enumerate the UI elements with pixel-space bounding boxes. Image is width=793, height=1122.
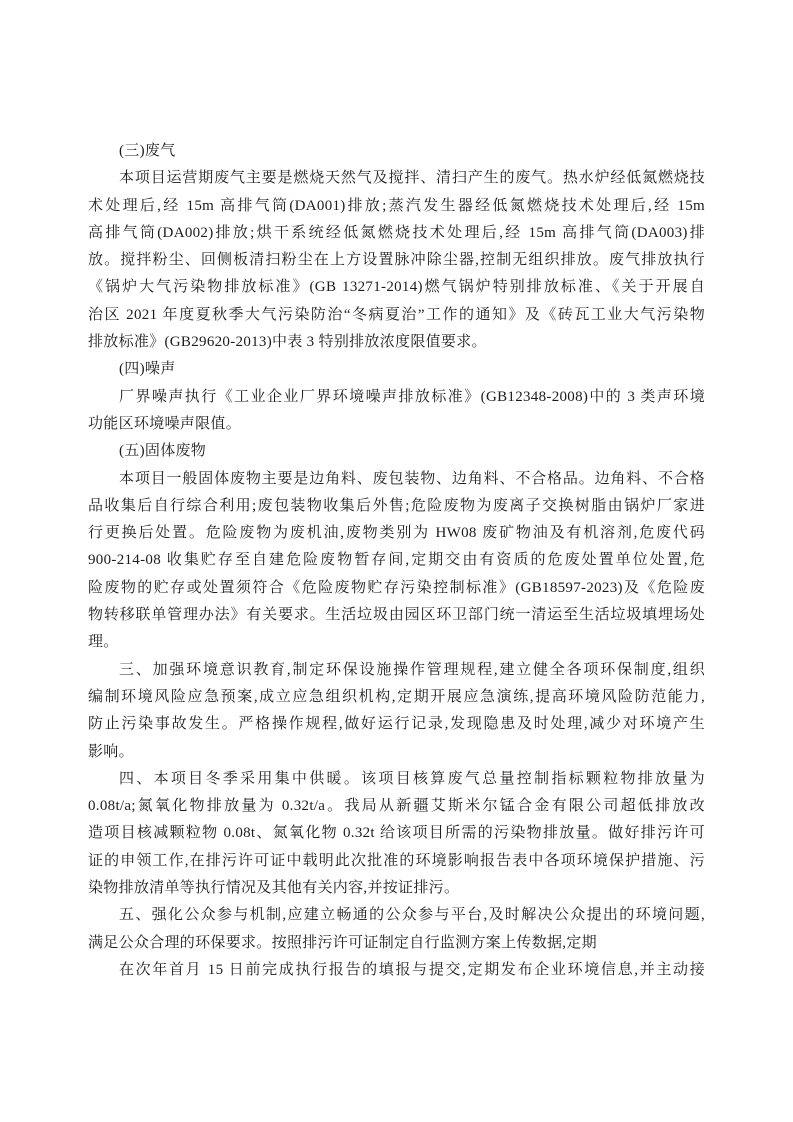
text-line: (三)废气 [88,138,705,165]
text-line: 品收集后自行综合利用;废包装物收集后外售;危险废物为废离子交换树脂由锅炉厂家进 [88,493,705,520]
text-line: 排放标准》(GB29620-2013)中表 3 特别排放浓度限值要求。 [88,329,705,356]
text-line: 高排气筒(DA002)排放;烘干系统经低氮燃烧技术处理后,经 15m 高排气筒(… [88,220,705,247]
text-line: 治区 2021 年度夏秋季大气污染防治“冬病夏治”工作的通知》及《砖瓦工业大气污… [88,302,705,329]
text-line: 理。 [88,629,705,656]
text-line: 四、本项目冬季采用集中供暖。该项目核算废气总量控制指标颗粒物排放量为 [88,766,705,793]
text-line: 防止污染事故发生。严格操作规程,做好运行记录,发现隐患及时处理,减少对环境产生 [88,711,705,738]
text-line: 《锅炉大气污染物排放标准》(GB 13271-2014)燃气锅炉特别排放标准、《… [88,274,705,301]
text-line: 术处理后,经 15m 高排气筒(DA001)排放;蒸汽发生器经低氮燃烧技术处理后… [88,193,705,220]
text-line: 本项目运营期废气主要是燃烧天然气及搅拌、清扫产生的废气。热水炉经低氮燃烧技 [88,165,705,192]
text-line: 满足公众合理的环保要求。按照排污许可证制定自行监测方案上传数据,定期 [88,930,705,957]
text-line: 险废物的贮存或处置须符合《危险废物贮存污染控制标准》(GB18597-2023)… [88,575,705,602]
document-page: (三)废气本项目运营期废气主要是燃烧天然气及搅拌、清扫产生的废气。热水炉经低氮燃… [0,0,793,1122]
text-line: 本项目一般固体废物主要是边角料、废包装物、边角料、不合格品。边角料、不合格 [88,466,705,493]
document-body: (三)废气本项目运营期废气主要是燃烧天然气及搅拌、清扫产生的废气。热水炉经低氮燃… [88,138,705,984]
text-line: 厂界噪声执行《工业企业厂界环境噪声排放标准》(GB12348-2008)中的 3… [88,384,705,411]
text-line: 行更换后处置。危险废物为废机油,废物类别为 HW08 废矿物油及有机溶剂,危废代… [88,520,705,547]
text-line: 三、加强环境意识教育,制定环保设施操作管理规程,建立健全各项环保制度,组织 [88,657,705,684]
text-line: 造项目核减颗粒物 0.08t、氮氧化物 0.32t 给该项目所需的污染物排放量。… [88,820,705,847]
text-line: 功能区环境噪声限值。 [88,411,705,438]
text-line: 染物排放清单等执行情况及其他有关内容,并按证排污。 [88,875,705,902]
text-line: 在次年首月 15 日前完成执行报告的填报与提交,定期发布企业环境信息,并主动接 [88,957,705,984]
text-line: (五)固体废物 [88,438,705,465]
text-line: 0.08t/a;氮氧化物排放量为 0.32t/a。我局从新疆艾斯米尔锰合金有限公… [88,793,705,820]
text-line: 编制环境风险应急预案,成立应急组织机构,定期开展应急演练,提高环境风险防范能力, [88,684,705,711]
text-line: 证的申领工作,在排污许可证中载明此次批准的环境影响报告表中各项环境保护措施、污 [88,848,705,875]
text-line: 900-214-08 收集贮存至自建危险废物暂存间,定期交由有资质的危废处置单位… [88,547,705,574]
text-line: 五、强化公众参与机制,应建立畅通的公众参与平台,及时解决公众提出的环境问题, [88,902,705,929]
text-line: (四)噪声 [88,356,705,383]
text-line: 物转移联单管理办法》有关要求。生活垃圾由园区环卫部门统一清运至生活垃圾填埋场处 [88,602,705,629]
text-line: 放。搅拌粉尘、回侧板清扫粉尘在上方设置脉冲除尘器,控制无组织排放。废气排放执行 [88,247,705,274]
text-line: 影响。 [88,739,705,766]
